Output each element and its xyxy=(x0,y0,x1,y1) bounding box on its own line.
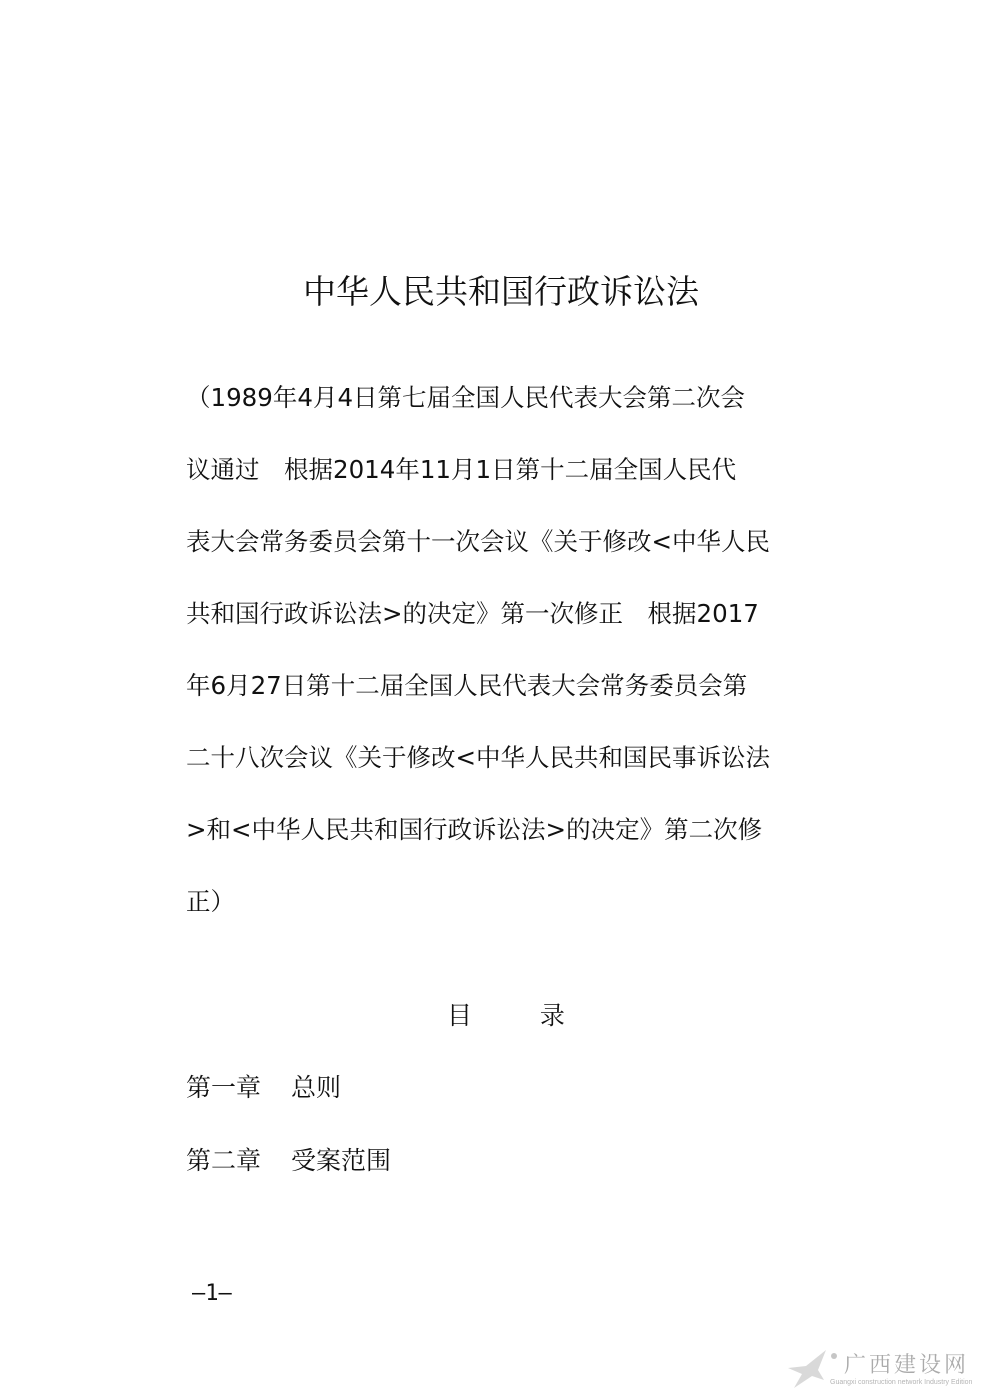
toc-heading-left: 目 xyxy=(447,996,472,1036)
toc-item-chapter-1: 第一章总则 xyxy=(186,1068,341,1108)
page-number: —1— xyxy=(192,1281,232,1306)
watermark-en: Guangxi construction network Industry Ed… xyxy=(830,1379,972,1386)
toc-chapter-name: 受案范围 xyxy=(291,1146,391,1175)
preamble: （1989年4月4日第七届全国人民代表大会第二次会 议通过 根据2014年11月… xyxy=(186,362,826,938)
toc-chapter: 第二章 xyxy=(186,1146,261,1175)
preamble-line: >和<中华人民共和国行政诉讼法>的决定》第二次修 xyxy=(186,794,826,866)
toc-item-chapter-2: 第二章受案范围 xyxy=(186,1141,391,1181)
toc-heading: 目 录 xyxy=(447,996,565,1036)
toc-heading-right: 录 xyxy=(540,996,565,1036)
preamble-line: 二十八次会议《关于修改<中华人民共和国民事诉讼法 xyxy=(186,722,826,794)
preamble-line: 议通过 根据2014年11月1日第十二届全国人民代 xyxy=(186,434,826,506)
watermark-logo: 广西建设网 Guangxi construction network Indus… xyxy=(780,1346,980,1390)
toc-chapter: 第一章 xyxy=(186,1073,261,1102)
preamble-line: 正） xyxy=(186,866,826,938)
preamble-line: （1989年4月4日第七届全国人民代表大会第二次会 xyxy=(186,362,826,434)
preamble-line: 年6月27日第十二届全国人民代表大会常务委员会第 xyxy=(186,650,826,722)
toc-chapter-name: 总则 xyxy=(291,1073,341,1102)
preamble-line: 表大会常务委员会第十一次会议《关于修改<中华人民 xyxy=(186,506,826,578)
preamble-line: 共和国行政诉讼法>的决定》第一次修正 根据2017 xyxy=(186,578,826,650)
watermark-cn: 广西建设网 xyxy=(844,1348,969,1379)
document-title: 中华人民共和国行政诉讼法 xyxy=(0,268,987,316)
